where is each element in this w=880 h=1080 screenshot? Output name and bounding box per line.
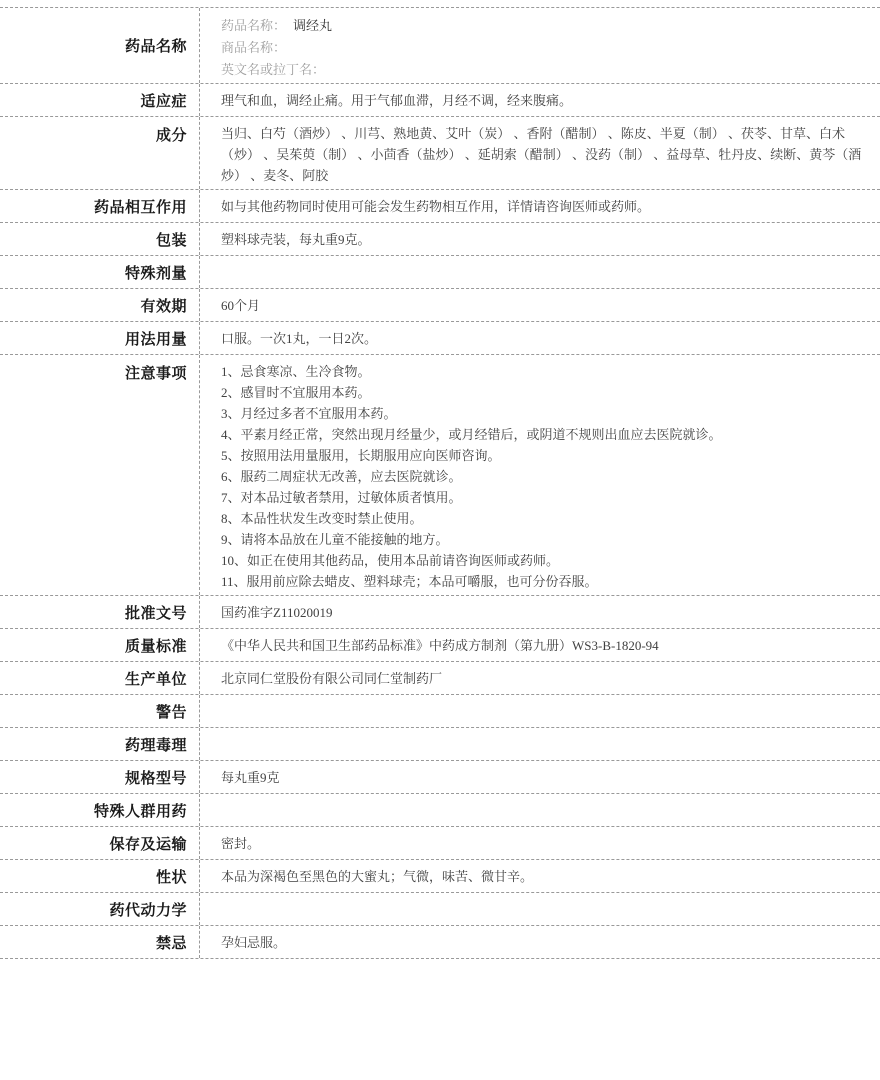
drug-info-table: 药品名称 药品名称：调经丸 商品名称： 英文名或拉丁名： 适应症 理气和血，调经… [0, 7, 880, 959]
row-value-usage: 口服。一次1丸，一日2次。 [200, 322, 880, 354]
row-characters: 性状 本品为深褐色至黑色的大蜜丸；气微，味苦、微甘辛。 [0, 860, 880, 893]
row-label-special-population: 特殊人群用药 [0, 794, 200, 826]
row-value-interactions: 如与其他药物同时使用可能会发生药物相互作用，详情请咨询医师或药师。 [200, 190, 880, 222]
row-value-pharmacology-toxicology [200, 728, 880, 760]
row-label-usage: 用法用量 [0, 322, 200, 354]
precaution-item: 6、服药二周症状无改善，应去医院就诊。 [221, 466, 868, 487]
row-warning: 警告 [0, 695, 880, 728]
row-approval-number: 批准文号 国药准字Z11020019 [0, 596, 880, 629]
row-value-contraindications: 孕妇忌服。 [200, 926, 880, 958]
row-value-manufacturer: 北京同仁堂股份有限公司同仁堂制药厂 [200, 662, 880, 694]
row-manufacturer: 生产单位 北京同仁堂股份有限公司同仁堂制药厂 [0, 662, 880, 695]
english-name-line: 英文名或拉丁名： [221, 59, 868, 81]
row-value-indications: 理气和血，调经止痛。用于气郁血滞，月经不调，经来腹痛。 [200, 84, 880, 116]
row-label-quality-standard: 质量标准 [0, 629, 200, 661]
row-indications: 适应症 理气和血，调经止痛。用于气郁血滞，月经不调，经来腹痛。 [0, 84, 880, 117]
row-value-characters: 本品为深褐色至黑色的大蜜丸；气微，味苦、微甘辛。 [200, 860, 880, 892]
row-special-population: 特殊人群用药 [0, 794, 880, 827]
row-label-drug-name: 药品名称 [0, 8, 200, 83]
drug-name-value: 调经丸 [293, 18, 332, 33]
row-label-storage-transport: 保存及运输 [0, 827, 200, 859]
row-label-pharmacology-toxicology: 药理毒理 [0, 728, 200, 760]
row-specification: 规格型号 每丸重9克 [0, 761, 880, 794]
row-label-contraindications: 禁忌 [0, 926, 200, 958]
row-value-warning [200, 695, 880, 727]
row-value-precautions: 1、忌食寒凉、生冷食物。 2、感冒时不宜服用本药。 3、月经过多者不宜服用本药。… [200, 355, 880, 595]
row-label-approval-number: 批准文号 [0, 596, 200, 628]
row-value-drug-name: 药品名称：调经丸 商品名称： 英文名或拉丁名： [200, 8, 880, 83]
row-special-dosage: 特殊剂量 [0, 256, 880, 289]
row-value-quality-standard: 《中华人民共和国卫生部药品标准》中药成方制剂（第九册）WS3-B-1820-94 [200, 629, 880, 661]
row-contraindications: 禁忌 孕妇忌服。 [0, 926, 880, 959]
row-drug-name: 药品名称 药品名称：调经丸 商品名称： 英文名或拉丁名： [0, 8, 880, 84]
row-label-special-dosage: 特殊剂量 [0, 256, 200, 288]
row-value-validity: 60个月 [200, 289, 880, 321]
row-label-ingredients: 成分 [0, 117, 200, 189]
row-label-precautions: 注意事项 [0, 355, 200, 595]
precaution-item: 4、平素月经正常，突然出现月经量少，或月经错后，或阴道不规则出血应去医院就诊。 [221, 424, 868, 445]
row-label-validity: 有效期 [0, 289, 200, 321]
row-precautions: 注意事项 1、忌食寒凉、生冷食物。 2、感冒时不宜服用本药。 3、月经过多者不宜… [0, 355, 880, 596]
row-label-indications: 适应症 [0, 84, 200, 116]
drug-name-line: 药品名称：调经丸 [221, 15, 868, 37]
precaution-item: 5、按照用法用量服用，长期服用应向医师咨询。 [221, 445, 868, 466]
row-label-manufacturer: 生产单位 [0, 662, 200, 694]
row-usage: 用法用量 口服。一次1丸，一日2次。 [0, 322, 880, 355]
row-pharmacokinetics: 药代动力学 [0, 893, 880, 926]
row-quality-standard: 质量标准 《中华人民共和国卫生部药品标准》中药成方制剂（第九册）WS3-B-18… [0, 629, 880, 662]
row-label-packaging: 包装 [0, 223, 200, 255]
row-packaging: 包装 塑料球壳装，每丸重9克。 [0, 223, 880, 256]
row-value-packaging: 塑料球壳装，每丸重9克。 [200, 223, 880, 255]
row-label-characters: 性状 [0, 860, 200, 892]
precaution-item: 2、感冒时不宜服用本药。 [221, 382, 868, 403]
row-value-pharmacokinetics [200, 893, 880, 925]
row-value-approval-number: 国药准字Z11020019 [200, 596, 880, 628]
precaution-item: 11、服用前应除去蜡皮、塑料球壳；本品可嚼服，也可分份吞服。 [221, 571, 868, 592]
drug-name-sublabel: 药品名称： [221, 18, 286, 33]
precaution-item: 10、如正在使用其他药品，使用本品前请咨询医师或药师。 [221, 550, 868, 571]
row-ingredients: 成分 当归、白芍（酒炒） 、川芎、熟地黄、艾叶（炭） 、香附（醋制） 、陈皮、半… [0, 117, 880, 190]
row-value-special-dosage [200, 256, 880, 288]
row-value-special-population [200, 794, 880, 826]
row-value-specification: 每丸重9克 [200, 761, 880, 793]
precaution-item: 3、月经过多者不宜服用本药。 [221, 403, 868, 424]
row-interactions: 药品相互作用 如与其他药物同时使用可能会发生药物相互作用，详情请咨询医师或药师。 [0, 190, 880, 223]
row-pharmacology-toxicology: 药理毒理 [0, 728, 880, 761]
row-label-warning: 警告 [0, 695, 200, 727]
row-value-ingredients: 当归、白芍（酒炒） 、川芎、熟地黄、艾叶（炭） 、香附（醋制） 、陈皮、半夏（制… [200, 117, 880, 189]
row-label-pharmacokinetics: 药代动力学 [0, 893, 200, 925]
precaution-item: 7、对本品过敏者禁用，过敏体质者慎用。 [221, 487, 868, 508]
row-validity: 有效期 60个月 [0, 289, 880, 322]
precaution-item: 9、请将本品放在儿童不能接触的地方。 [221, 529, 868, 550]
row-value-storage-transport: 密封。 [200, 827, 880, 859]
precaution-item: 8、本品性状发生改变时禁止使用。 [221, 508, 868, 529]
row-label-specification: 规格型号 [0, 761, 200, 793]
precaution-item: 1、忌食寒凉、生冷食物。 [221, 361, 868, 382]
trade-name-line: 商品名称： [221, 37, 868, 59]
row-label-interactions: 药品相互作用 [0, 190, 200, 222]
row-storage-transport: 保存及运输 密封。 [0, 827, 880, 860]
